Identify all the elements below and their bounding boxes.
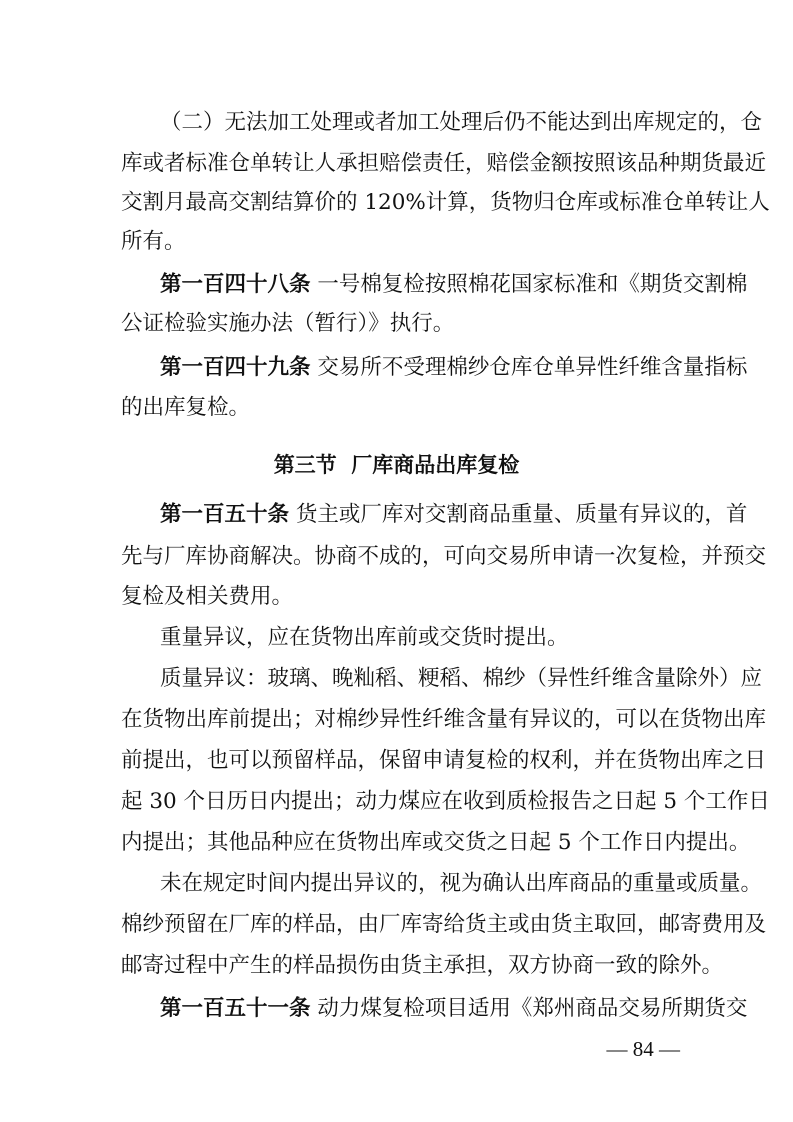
article-149: 第一百四十九条 交易所不受理棉纱仓库仓单异性纤维含量指标 [160,354,673,382]
article-label: 第一百五十一条 [160,996,311,1021]
article-text: 交易所不受理棉纱仓库仓单异性纤维含量指标 [317,355,747,380]
article-text: 动力煤复检项目适用《郑州商品交易所期货交 [317,996,747,1021]
article-label: 第一百四十九条 [160,355,311,380]
paragraph-line: 邮寄过程中产生的样品损伤由货主承担，双方协商一致的除外。 [121,952,673,980]
paragraph-line: 库或者标准仓单转让人承担赔偿责任，赔偿金额按照该品种期货最近 [121,150,673,178]
paragraph-line: （二）无法加工处理或者加工处理后仍不能达到出库规定的，仓 [160,109,673,137]
section-heading: 第三节 厂库商品出库复检 [0,451,793,479]
paragraph-line: 先与厂库协商解决。协商不成的，可向交易所申请一次复检，并预交 [121,543,673,571]
paragraph-line: 所有。 [121,228,673,256]
paragraph-line: 前提出，也可以预留样品，保留申请复检的权利，并在货物出库之日 [121,747,673,775]
paragraph-line: 起 30 个日历日内提出；动力煤应在收到质检报告之日起 5 个工作日 [121,788,673,816]
paragraph-line: 公证检验实施办法（暂行）》执行。 [121,310,673,338]
paragraph-line: 的出库复检。 [121,394,673,422]
paragraph-line: 棉纱预留在厂库的样品，由厂库寄给货主或由货主取回，邮寄费用及 [121,911,673,939]
paragraph-line: 复检及相关费用。 [121,583,673,611]
paragraph-line: 重量异议，应在货物出库前或交货时提出。 [160,624,673,652]
article-text: 货主或厂库对交割商品重量、质量有异议的，首 [296,502,748,527]
article-150: 第一百五十条 货主或厂库对交割商品重量、质量有异议的，首 [160,501,673,529]
page-number: — 84 — [580,1036,680,1062]
article-label: 第一百四十八条 [160,272,311,297]
paragraph-line: 内提出；其他品种应在货物出库或交货之日起 5 个工作日内提出。 [121,829,673,857]
article-151: 第一百五十一条 动力煤复检项目适用《郑州商品交易所期货交 [160,995,673,1023]
article-148: 第一百四十八条 一号棉复检按照棉花国家标准和《期货交割棉 [160,271,673,299]
document-page: （二）无法加工处理或者加工处理后仍不能达到出库规定的，仓 库或者标准仓单转让人承… [0,0,793,1122]
paragraph-line: 交割月最高交割结算价的 120%计算，货物归仓库或标准仓单转让人 [121,189,673,217]
article-label: 第一百五十条 [160,502,289,527]
paragraph-line: 未在规定时间内提出异议的，视为确认出库商品的重量或质量。 [160,870,673,898]
paragraph-line: 质量异议：玻璃、晚籼稻、粳稻、棉纱（异性纤维含量除外）应 [160,665,673,693]
article-text: 一号棉复检按照棉花国家标准和《期货交割棉 [317,272,747,297]
paragraph-line: 在货物出库前提出；对棉纱异性纤维含量有异议的，可以在货物出库 [121,706,673,734]
